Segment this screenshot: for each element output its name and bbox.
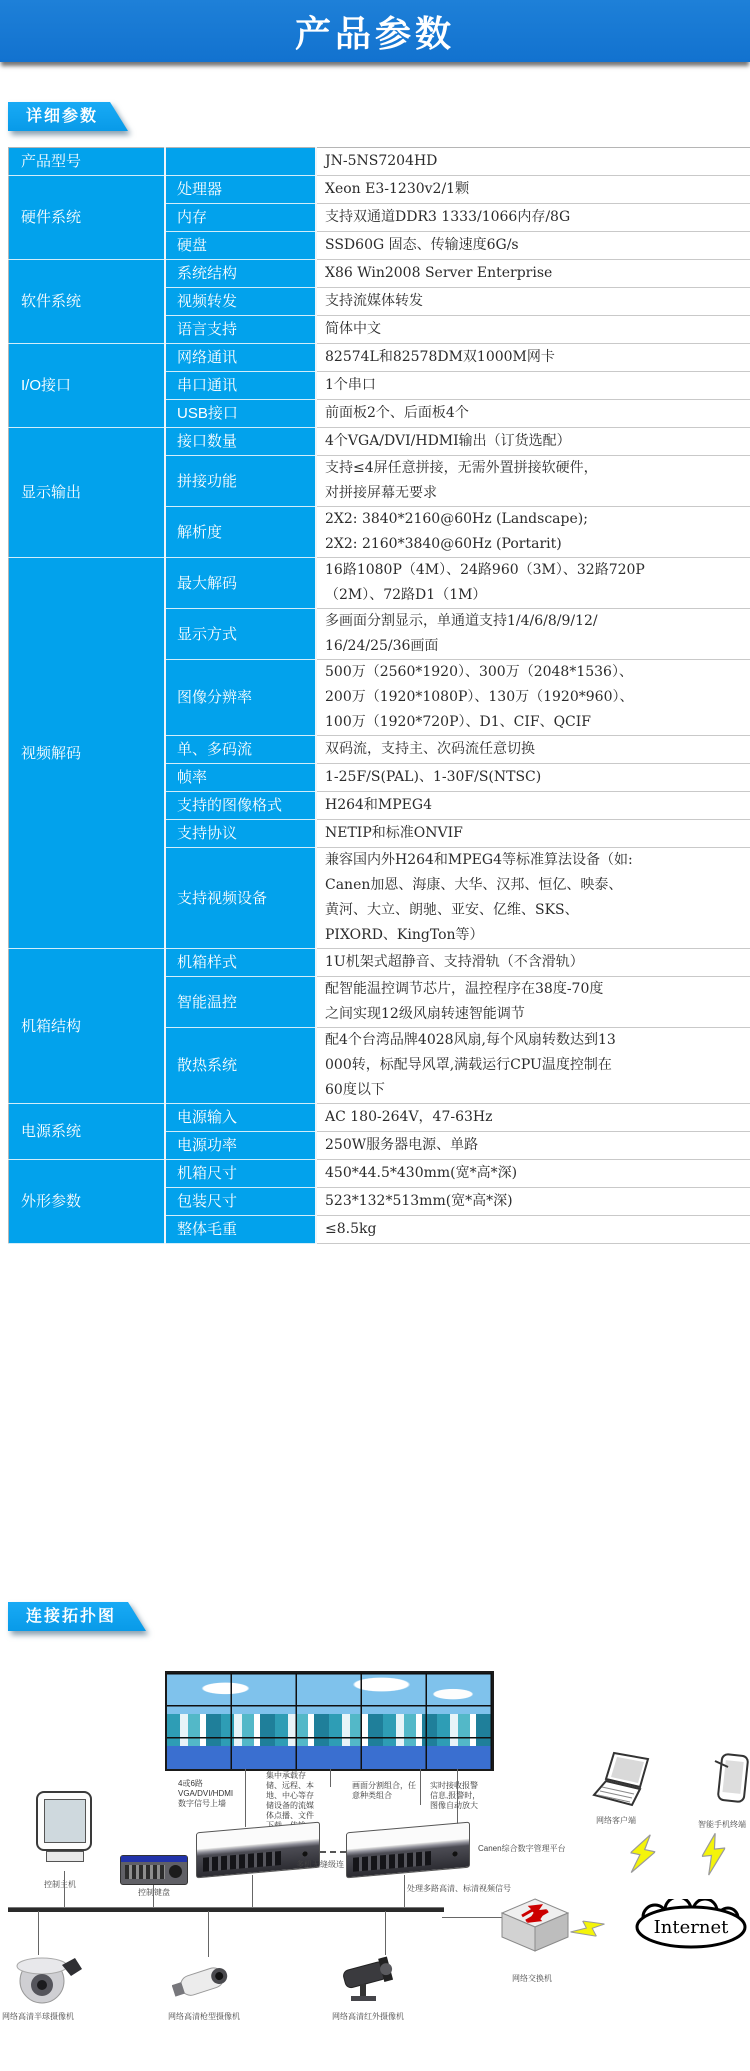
param-cell: 机箱尺寸: [165, 1160, 316, 1188]
param-cell: 电源功率: [165, 1132, 316, 1160]
internet-cloud: Internet: [633, 1899, 749, 1956]
dome-camera-icon: [12, 1953, 84, 2014]
laptop-client-icon: [586, 1749, 656, 1818]
connector-line: [245, 1769, 246, 1827]
connector-line: [252, 1875, 253, 1907]
table-row: 软件系统系统结构X86 Win2008 Server Enterprise: [9, 260, 750, 288]
value-cell: 支持≤4屏任意拼接，无需外置拼接软硬件， 对拼接屏幕无要求: [316, 456, 750, 507]
param-cell: 图像分辨率: [165, 660, 316, 736]
network-switch-icon: [500, 1897, 570, 1958]
connector-line: [38, 1911, 39, 1955]
value-cell: 1U机架式超静音、支持滑轨（不含滑轨）: [316, 949, 750, 977]
spec-table-body: 产品型号JN-5NS7204HD硬件系统处理器Xeon E3-1230v2/1颗…: [9, 148, 750, 1244]
connector-line: [64, 1871, 65, 1907]
table-row: 显示输出接口数量4个VGA/DVI/HDMI输出（订货选配）: [9, 428, 750, 456]
param-cell: 散热系统: [165, 1028, 316, 1104]
ir-camera-icon: [338, 1953, 400, 2012]
category-cell: 产品型号: [9, 148, 166, 176]
split-label: 画面分割组合，任意种类组合: [352, 1781, 418, 1801]
ir-camera-label: 网络高清红外摄像机: [332, 2011, 452, 2022]
value-cell: 1个串口: [316, 372, 750, 400]
category-cell: 机箱结构: [9, 949, 166, 1104]
smartphone-label: 智能手机终端: [698, 1819, 750, 1830]
value-cell: 配智能温控调节芯片，温控程序在38度-70度 之间实现12级风扇转速智能调节: [316, 977, 750, 1028]
lightning-bolt: [699, 1830, 728, 1883]
value-cell: 4个VGA/DVI/HDMI输出（订货选配）: [316, 428, 750, 456]
topology-diagram: 4或6路VGA/DVI/HDMI数字信号上墙 集中承载存储、远程、本地、中心等存…: [0, 1645, 750, 2071]
param-cell: 机箱样式: [165, 949, 316, 977]
param-cell: 硬盘: [165, 232, 316, 260]
value-cell: 2X2: 3840*2160@60Hz (Landscape); 2X2: 21…: [316, 507, 750, 558]
control-host-label: 控制主机: [44, 1879, 76, 1890]
dome-camera-label: 网络高清半球摄像机: [2, 2011, 122, 2022]
param-cell: 电源输入: [165, 1104, 316, 1132]
param-cell: 视频转发: [165, 288, 316, 316]
control-keyboard: [120, 1855, 188, 1885]
param-cell: 串口通讯: [165, 372, 316, 400]
category-cell: 视频解码: [9, 558, 166, 949]
table-row: 机箱结构机箱样式1U机架式超静音、支持滑轨（不含滑轨）: [9, 949, 750, 977]
value-cell: SSD60G 固态、传输速度6G/s: [316, 232, 750, 260]
spec-table: 产品型号JN-5NS7204HD硬件系统处理器Xeon E3-1230v2/1颗…: [8, 147, 750, 1244]
param-cell: 解析度: [165, 507, 316, 558]
value-cell: 简体中文: [316, 316, 750, 344]
lightning-bolt: [625, 1829, 659, 1884]
value-cell: H264和MPEG4: [316, 792, 750, 820]
tab-topology: 连接拓扑图: [8, 1602, 146, 1631]
server-vents: [203, 1851, 281, 1872]
value-cell: 16路1080P（4M）、24路960（3M）、32路720P （2M）、72路…: [316, 558, 750, 609]
cascade-dashed-link: [320, 1851, 346, 1853]
param-cell: USB接口: [165, 400, 316, 428]
network-bus: [8, 1907, 444, 1912]
param-cell: [165, 148, 316, 176]
category-cell: 软件系统: [9, 260, 166, 344]
gun-camera-icon: [172, 1957, 236, 2010]
connector-line: [385, 1911, 386, 1955]
value-cell: 82574L和82578DM双1000M网卡: [316, 344, 750, 372]
alarm-label: 实时接收报警信息,报警时，图像自动放大: [430, 1781, 482, 1811]
category-cell: 显示输出: [9, 428, 166, 558]
param-cell: 智能温控: [165, 977, 316, 1028]
param-cell: 支持协议: [165, 820, 316, 848]
decoder-server-2: [346, 1822, 470, 1879]
param-cell: 内存: [165, 204, 316, 232]
param-cell: 显示方式: [165, 609, 316, 660]
value-cell: 523*132*513mm(宽*高*深): [316, 1188, 750, 1216]
connector-line: [442, 1917, 502, 1918]
table-row: 电源系统电源输入AC 180-264V，47-63Hz: [9, 1104, 750, 1132]
param-cell: 包装尺寸: [165, 1188, 316, 1216]
internet-text: Internet: [654, 1917, 729, 1938]
value-cell: 250W服务器电源、单路: [316, 1132, 750, 1160]
cascade-label: 多机无缝级连: [296, 1859, 344, 1870]
connector-line: [153, 1885, 154, 1907]
value-cell: NETIP和标准ONVIF: [316, 820, 750, 848]
keyboard-strip: [121, 1856, 187, 1862]
param-cell: 整体毛重: [165, 1216, 316, 1244]
laptop-client-label: 网络客户端: [596, 1815, 636, 1826]
value-cell: AC 180-264V，47-63Hz: [316, 1104, 750, 1132]
keyboard-keys: [125, 1865, 165, 1879]
platform-label: Canen综合数字管理平台: [478, 1843, 568, 1854]
connector-line: [208, 1911, 209, 1957]
param-cell: 最大解码: [165, 558, 316, 609]
gun-camera-label: 网络高清枪型摄像机: [168, 2011, 288, 2022]
connector-line: [404, 1875, 405, 1907]
value-cell: JN-5NS7204HD: [316, 148, 750, 176]
table-row: 产品型号JN-5NS7204HD: [9, 148, 750, 176]
control-keyboard-label: 控制键盘: [138, 1887, 170, 1898]
param-cell: 系统结构: [165, 260, 316, 288]
control-host-monitor: [36, 1791, 92, 1865]
category-cell: 外形参数: [9, 1160, 166, 1244]
keyboard-joystick: [169, 1865, 182, 1878]
category-cell: I/O接口: [9, 344, 166, 428]
value-cell: 前面板2个、后面板4个: [316, 400, 750, 428]
video-wall: [165, 1671, 494, 1771]
wall-signal-label: 4或6路VGA/DVI/HDMI数字信号上墙: [178, 1779, 240, 1809]
value-cell: 1-25F/S(PAL)、1-30F/S(NTSC): [316, 764, 750, 792]
process-label: 处理多路高清、标清视频信号: [407, 1883, 527, 1894]
monitor-stand: [46, 1851, 84, 1862]
network-switch-label: 网络交换机: [512, 1973, 552, 1984]
value-cell: 多画面分割显示，单通道支持1/4/6/8/9/12/ 16/24/25/36画面: [316, 609, 750, 660]
value-cell: 支持双通道DDR3 1333/1066内存/8G: [316, 204, 750, 232]
value-cell: Xeon E3-1230v2/1颗: [316, 176, 750, 204]
lightning-bolt: [564, 1913, 608, 1949]
param-cell: 语言支持: [165, 316, 316, 344]
param-cell: 网络通讯: [165, 344, 316, 372]
param-cell: 支持的图像格式: [165, 792, 316, 820]
param-cell: 单、多码流: [165, 736, 316, 764]
page-banner: 产品参数: [0, 0, 750, 62]
page-title: 产品参数: [295, 6, 455, 57]
value-cell: 双码流，支持主、次码流任意切换: [316, 736, 750, 764]
smartphone-icon: [714, 1751, 750, 1810]
connector-line: [420, 1769, 421, 1805]
value-cell: 兼容国内外H264和MPEG4等标准算法设备（如: Canen加恩、海康、大华、…: [316, 848, 750, 949]
section-tab-detailed-params-wrap: 详细参数: [8, 102, 750, 131]
value-cell: 450*44.5*430mm(宽*高*深): [316, 1160, 750, 1188]
value-cell: 500万（2560*1920）、300万（2048*1536）、 200万（19…: [316, 660, 750, 736]
param-cell: 处理器: [165, 176, 316, 204]
table-row: 硬件系统处理器Xeon E3-1230v2/1颗: [9, 176, 750, 204]
param-cell: 支持视频设备: [165, 848, 316, 949]
value-cell: X86 Win2008 Server Enterprise: [316, 260, 750, 288]
param-cell: 拼接功能: [165, 456, 316, 507]
category-cell: 电源系统: [9, 1104, 166, 1160]
value-cell: 支持流媒体转发: [316, 288, 750, 316]
table-row: 视频解码最大解码16路1080P（4M）、24路960（3M）、32路720P …: [9, 558, 750, 609]
server-vents: [353, 1851, 431, 1872]
connector-line: [330, 1769, 331, 1787]
table-row: 外形参数机箱尺寸450*44.5*430mm(宽*高*深): [9, 1160, 750, 1188]
monitor-screen: [44, 1799, 86, 1843]
section-tab-topology-wrap: 连接拓扑图: [8, 1602, 750, 1631]
value-cell: 配4个台湾品牌4028风扇,每个风扇转数达到13 000转，标配导风罩,满载运行…: [316, 1028, 750, 1104]
category-cell: 硬件系统: [9, 176, 166, 260]
tab-detailed-params: 详细参数: [8, 102, 128, 131]
value-cell: ≤8.5kg: [316, 1216, 750, 1244]
table-row: I/O接口网络通讯82574L和82578DM双1000M网卡: [9, 344, 750, 372]
param-cell: 接口数量: [165, 428, 316, 456]
param-cell: 帧率: [165, 764, 316, 792]
